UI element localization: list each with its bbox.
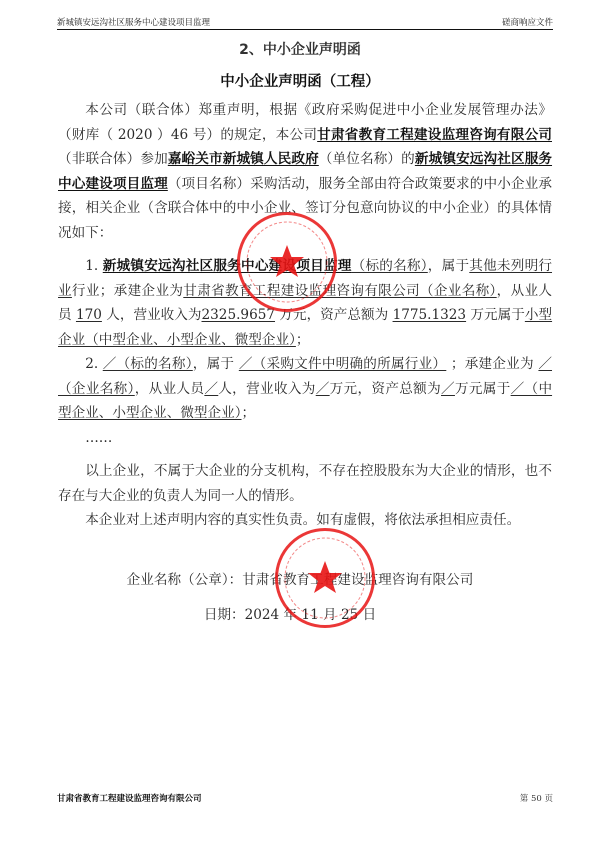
intro-company: 甘肃省教育工程建设监理咨询有限公司 [317,127,552,143]
item2-assets: ／ [441,381,455,397]
item-number: 1. [85,258,98,274]
signature-company: 甘肃省教育工程建设监理咨询有限公司 [242,572,473,588]
ellipsis: …… [58,426,552,451]
header-project-title: 新城镇安远沟社区服务中心建设项目监理 [57,16,210,28]
item-text: ，从业人员 [135,381,205,397]
item-2: 2. ／（标的名称），属于 ／（采购文件中明确的所属行业） ；承建企业为 ／（企… [58,352,552,426]
item-text: ，属于 [193,356,235,372]
intro-text: （单位名称）的 [319,151,415,167]
item-text: 万元属于 [470,307,524,323]
intro-paragraph: 本公司（联合体）郑重声明，根据《政府采购促进中小企业发展管理办法》（财库（ 20… [58,98,552,245]
date-label: 日期： [204,607,245,623]
item-1: 1. 新城镇安远沟社区服务中心建设项目监理（标的名称），属于其他未列明行业行业；… [58,254,552,352]
item1-subject-suffix: （标的名称） [352,258,428,274]
item-text: 行业；承建企业为 [72,283,183,299]
page-number: 第 50 页 [520,792,553,804]
closing-paragraph-1: 以上企业，不属于大企业的分支机构，不存在控股股东为大企业的情形，也不存在与大企业… [58,459,552,508]
item-text: ，属于 [428,258,469,274]
signature-date-line: 日期：2024 年 11 月 25 日 [0,603,590,623]
item1-subject: 新城镇安远沟社区服务中心建设项目监理 [103,258,352,274]
item1-employees: 170 [76,307,102,323]
header-doc-type: 磋商响应文件 [502,16,553,28]
item2-revenue: ／ [316,381,330,397]
section-title: 2、中小企业声明函 [0,39,600,59]
item-text: 人，营业收入为 [106,307,201,323]
intro-buyer: 嘉峪关市新城镇人民政府 [168,151,319,167]
item-number: 2. [85,356,98,372]
document-page: 新城镇安远沟社区服务中心建设项目监理 磋商响应文件 2、中小企业声明函 中小企业… [0,0,600,844]
item-text: ； [242,405,256,421]
item1-assets: 1775.1323 [393,307,467,323]
signature-company-line: 企业名称（公章）：甘肃省教育工程建设监理咨询有限公司 [0,568,600,588]
page-header: 新城镇安远沟社区服务中心建设项目监理 磋商响应文件 [57,14,553,30]
intro-text: （非联合体）参加 [58,151,168,167]
item1-revenue: 2325.9657 [202,307,276,323]
item-text: 万元，资产总额为 [279,307,388,323]
item-text: 人，营业收入为 [218,381,315,397]
footer-company: 甘肃省教育工程建设监理咨询有限公司 [57,792,202,804]
closing-paragraph-2: 本企业对上述声明内容的真实性负责。如有虚假，将依法承担相应责任。 [58,508,552,533]
item-text: ； [296,332,310,348]
item-text: 万元，资产总额为 [330,381,441,397]
item2-industry: ／（采购文件中明确的所属行业） [239,356,446,372]
item1-enterprise: 甘肃省教育工程建设监理咨询有限公司（企业名称） [183,283,496,299]
item2-subject: ／（标的名称） [103,356,193,372]
signature-label: 企业名称（公章）： [127,572,243,588]
declaration-body: 本公司（联合体）郑重声明，根据《政府采购促进中小企业发展管理办法》（财库（ 20… [58,98,552,533]
date-value: 2024 年 11 月 25 日 [245,607,377,623]
item-text: 万元属于 [455,381,511,397]
item2-employees: ／ [204,381,218,397]
declaration-title: 中小企业声明函（工程） [0,70,600,91]
item-text: ；承建企业为 [451,356,534,372]
